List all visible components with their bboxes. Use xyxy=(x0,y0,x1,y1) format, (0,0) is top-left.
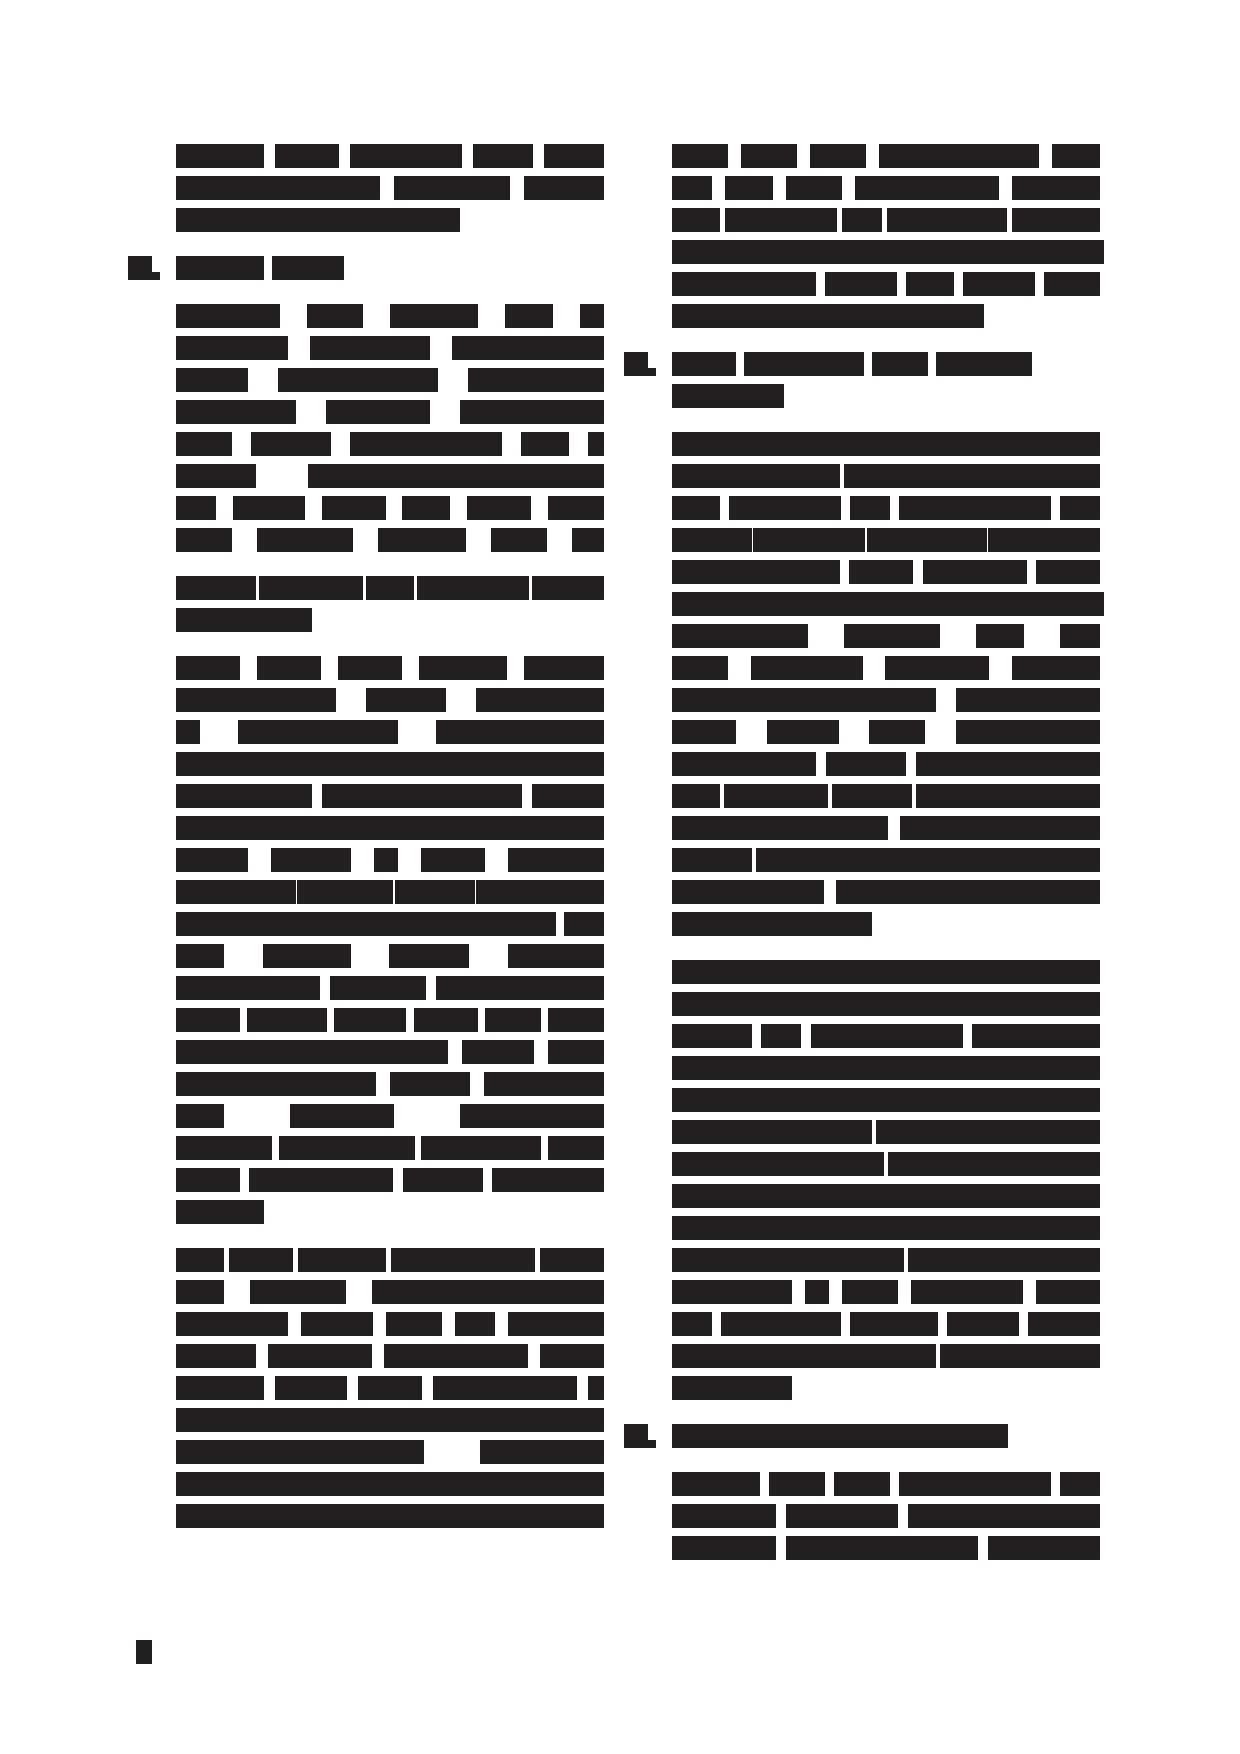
text-line xyxy=(672,784,1100,808)
redacted-word xyxy=(358,1376,422,1400)
text-line xyxy=(176,1440,604,1464)
redacted-word xyxy=(521,432,569,456)
text-line xyxy=(176,1008,604,1032)
redacted-word xyxy=(176,144,264,168)
text-line xyxy=(176,1072,604,1096)
redacted-word xyxy=(176,208,460,232)
redacted-word xyxy=(330,976,426,1000)
redacted-word xyxy=(672,1504,776,1528)
redacted-word xyxy=(916,752,1100,776)
redacted-word xyxy=(672,464,840,488)
redacted-word xyxy=(259,576,363,600)
redacted-word xyxy=(176,400,296,424)
text-line xyxy=(672,560,1100,584)
redacted-word xyxy=(249,1168,393,1192)
redacted-word xyxy=(176,880,296,904)
list-marker-a xyxy=(128,256,152,280)
section-heading xyxy=(672,352,1032,376)
redacted-word xyxy=(402,496,450,520)
redacted-word xyxy=(508,848,604,872)
redacted-word xyxy=(968,240,1104,264)
redacted-word xyxy=(414,1008,478,1032)
text-line xyxy=(176,976,604,1000)
redacted-word xyxy=(176,256,264,280)
redacted-word xyxy=(372,1280,604,1304)
text-line xyxy=(672,1184,1100,1208)
redacted-word xyxy=(257,528,353,552)
redacted-word xyxy=(480,1440,604,1464)
redacted-word xyxy=(672,1216,1100,1240)
redacted-word xyxy=(756,848,1100,872)
redacted-word xyxy=(872,352,928,376)
redacted-word xyxy=(378,528,466,552)
redacted-word xyxy=(850,1312,938,1336)
redacted-word xyxy=(672,624,808,648)
text-line xyxy=(672,992,1100,1016)
redacted-word xyxy=(672,720,736,744)
redacted-word xyxy=(395,880,475,904)
redacted-word xyxy=(176,1504,604,1528)
redacted-word xyxy=(753,528,865,552)
redacted-word xyxy=(297,880,393,904)
redacted-word xyxy=(786,1504,898,1528)
redacted-word xyxy=(176,976,320,1000)
redacted-word xyxy=(869,720,925,744)
redacted-word xyxy=(767,720,839,744)
redacted-word xyxy=(540,1344,604,1368)
text-line xyxy=(176,496,604,520)
redacted-word xyxy=(908,1504,1100,1528)
redacted-word xyxy=(920,592,1104,616)
text-line xyxy=(176,576,604,600)
redacted-word xyxy=(532,784,604,808)
redacted-word xyxy=(263,944,351,968)
redacted-word xyxy=(672,1120,872,1144)
redacted-word xyxy=(672,960,1100,984)
text-line xyxy=(176,304,604,328)
redacted-word xyxy=(403,1168,483,1192)
redacted-word xyxy=(899,1472,1051,1496)
redacted-word xyxy=(275,144,339,168)
text-line xyxy=(176,368,604,392)
redacted-word xyxy=(250,1280,346,1304)
redacted-word xyxy=(524,656,604,680)
text-line xyxy=(672,1120,1100,1144)
text-line xyxy=(176,1200,264,1224)
text-line xyxy=(672,528,1100,552)
text-line xyxy=(672,496,1100,520)
redacted-word xyxy=(725,208,837,232)
text-line xyxy=(176,208,460,232)
redacted-word xyxy=(672,560,840,584)
redacted-word xyxy=(825,272,897,296)
redacted-word xyxy=(672,992,1100,1016)
section-heading xyxy=(176,256,344,280)
text-line xyxy=(176,656,604,680)
text-line xyxy=(176,1376,604,1400)
redacted-word xyxy=(491,528,547,552)
redacted-word xyxy=(672,1472,760,1496)
redacted-word xyxy=(176,304,280,328)
redacted-word xyxy=(672,1088,1100,1112)
redacted-word xyxy=(492,1168,604,1192)
redacted-word xyxy=(436,976,604,1000)
redacted-word xyxy=(484,1072,604,1096)
text-line xyxy=(176,336,604,360)
redacted-word xyxy=(725,176,773,200)
redacted-word xyxy=(879,144,1039,168)
text-line xyxy=(672,1312,1100,1336)
redacted-word xyxy=(672,240,832,264)
redacted-word xyxy=(176,816,604,840)
redacted-word xyxy=(366,688,446,712)
text-line xyxy=(176,1408,604,1432)
redacted-word xyxy=(672,208,720,232)
text-line xyxy=(672,1472,1100,1496)
text-line xyxy=(176,816,604,840)
redacted-word xyxy=(176,944,224,968)
text-line xyxy=(672,688,1100,712)
redacted-word xyxy=(176,1440,424,1464)
redacted-word xyxy=(916,784,1100,808)
redacted-word xyxy=(176,848,248,872)
redacted-word xyxy=(885,656,989,680)
redacted-word xyxy=(176,1104,224,1128)
redacted-word xyxy=(485,1008,541,1032)
redacted-word xyxy=(229,1248,293,1272)
redacted-word xyxy=(301,1312,373,1336)
text-line xyxy=(176,880,604,904)
redacted-word xyxy=(672,1536,776,1560)
text-line xyxy=(672,1344,1100,1368)
text-line xyxy=(176,400,604,424)
redacted-word xyxy=(176,688,336,712)
redacted-word xyxy=(176,656,240,680)
text-line xyxy=(672,304,984,328)
redacted-word xyxy=(460,400,604,424)
redacted-word xyxy=(923,560,1027,584)
text-line xyxy=(176,688,604,712)
text-line xyxy=(176,912,604,936)
redacted-word xyxy=(338,656,402,680)
redacted-word xyxy=(672,1344,936,1368)
text-line xyxy=(672,384,784,408)
redacted-word xyxy=(176,432,232,456)
redacted-word xyxy=(384,1344,528,1368)
redacted-word xyxy=(394,176,510,200)
redacted-word xyxy=(176,496,216,520)
text-line xyxy=(672,848,1100,872)
redacted-word xyxy=(436,720,604,744)
redacted-word xyxy=(672,784,720,808)
redacted-word xyxy=(417,576,529,600)
text-line xyxy=(176,720,604,744)
redacted-word xyxy=(729,496,841,520)
redacted-word xyxy=(721,1312,841,1336)
redacted-word xyxy=(278,368,438,392)
redacted-word xyxy=(786,176,842,200)
redacted-word xyxy=(1012,176,1100,200)
redacted-word xyxy=(849,560,913,584)
redacted-word xyxy=(290,1104,394,1128)
text-line xyxy=(672,624,1100,648)
redacted-word xyxy=(366,576,414,600)
redacted-word xyxy=(1060,496,1100,520)
redacted-word xyxy=(1044,272,1100,296)
redacted-word xyxy=(911,1280,1023,1304)
redacted-word xyxy=(761,1024,801,1048)
redacted-word xyxy=(564,912,604,936)
text-line xyxy=(672,816,1100,840)
redacted-word xyxy=(176,720,200,744)
redacted-word xyxy=(988,1536,1100,1560)
text-line xyxy=(672,1216,1100,1240)
redacted-word xyxy=(476,688,604,712)
redacted-word xyxy=(308,464,604,488)
redacted-word xyxy=(505,304,553,328)
redacted-word xyxy=(350,144,462,168)
redacted-word xyxy=(580,304,604,328)
section-heading xyxy=(672,1424,1008,1448)
text-line xyxy=(176,1504,604,1528)
text-line xyxy=(176,784,604,808)
redacted-word xyxy=(350,432,502,456)
redacted-word xyxy=(176,1408,604,1432)
text-line xyxy=(176,1168,604,1192)
redacted-word xyxy=(176,1344,256,1368)
redacted-word xyxy=(672,304,984,328)
redacted-word xyxy=(544,144,604,168)
redacted-word xyxy=(900,816,1100,840)
redacted-word xyxy=(887,208,1007,232)
text-line xyxy=(672,1280,1100,1304)
text-line xyxy=(176,464,604,488)
page-number: ■ xyxy=(136,1640,152,1664)
redacted-word xyxy=(476,880,604,904)
redacted-word xyxy=(844,624,940,648)
text-line xyxy=(672,1024,1100,1048)
redacted-word xyxy=(460,1104,604,1128)
text-line xyxy=(176,1104,604,1128)
redacted-word xyxy=(672,384,784,408)
redacted-word xyxy=(176,1248,224,1272)
text-line xyxy=(176,432,604,456)
redacted-word xyxy=(940,1344,1100,1368)
redacted-word xyxy=(176,176,380,200)
text-line xyxy=(176,176,604,200)
redacted-word xyxy=(672,1024,752,1048)
redacted-word xyxy=(508,944,604,968)
redacted-word xyxy=(419,656,507,680)
redacted-word xyxy=(271,848,351,872)
redacted-word xyxy=(769,1472,825,1496)
redacted-word xyxy=(275,1376,347,1400)
redacted-word xyxy=(251,432,331,456)
text-line xyxy=(176,1040,604,1064)
text-line xyxy=(672,272,1100,296)
text-line xyxy=(672,960,1100,984)
text-line xyxy=(672,1248,1100,1272)
redacted-word xyxy=(272,256,344,280)
redacted-word xyxy=(1012,656,1100,680)
text-line xyxy=(176,848,604,872)
text-line xyxy=(672,240,1100,264)
redacted-word xyxy=(390,304,478,328)
redacted-word xyxy=(176,608,312,632)
redacted-word xyxy=(307,304,363,328)
redacted-word xyxy=(672,752,816,776)
text-line xyxy=(672,720,1100,744)
redacted-word xyxy=(176,336,288,360)
list-marker-c xyxy=(624,1424,648,1448)
redacted-word xyxy=(1028,1312,1100,1336)
redacted-word xyxy=(936,352,1032,376)
text-line xyxy=(672,464,1100,488)
redacted-word xyxy=(842,1280,898,1304)
text-line xyxy=(176,1312,604,1336)
redacted-word xyxy=(842,208,882,232)
redacted-word xyxy=(672,656,728,680)
redacted-word xyxy=(850,496,890,520)
redacted-word xyxy=(805,1280,829,1304)
redacted-word xyxy=(374,848,398,872)
redacted-word xyxy=(672,880,824,904)
redacted-word xyxy=(834,1472,890,1496)
redacted-word xyxy=(672,1248,904,1272)
redacted-word xyxy=(741,144,797,168)
redacted-word xyxy=(672,528,752,552)
redacted-word xyxy=(988,528,1100,552)
redacted-word xyxy=(390,1072,470,1096)
redacted-word xyxy=(672,1376,792,1400)
redacted-word xyxy=(238,720,398,744)
redacted-word xyxy=(572,528,604,552)
redacted-word xyxy=(811,1024,963,1048)
redacted-word xyxy=(468,368,604,392)
redacted-word xyxy=(176,784,312,808)
redacted-word xyxy=(548,1136,604,1160)
redacted-word xyxy=(906,272,954,296)
redacted-word xyxy=(826,752,906,776)
redacted-word xyxy=(508,1312,604,1336)
text-line xyxy=(672,1376,792,1400)
redacted-word xyxy=(473,144,533,168)
redacted-word xyxy=(899,496,1051,520)
redacted-word xyxy=(855,176,999,200)
redacted-word xyxy=(386,1312,442,1336)
redacted-word xyxy=(810,144,866,168)
text-line xyxy=(672,1088,1100,1112)
redacted-word xyxy=(176,1072,376,1096)
redacted-word xyxy=(1052,144,1100,168)
redacted-word xyxy=(956,720,1100,744)
redacted-word xyxy=(672,352,736,376)
redacted-word xyxy=(672,592,920,616)
redacted-word xyxy=(1060,624,1100,648)
redacted-word xyxy=(672,816,888,840)
redacted-word xyxy=(1060,1472,1100,1496)
redacted-word xyxy=(672,1424,1008,1448)
redacted-word xyxy=(672,176,712,200)
redacted-word xyxy=(540,1248,604,1272)
redacted-word xyxy=(532,576,604,600)
redacted-word xyxy=(1036,560,1100,584)
text-line xyxy=(672,752,1100,776)
redacted-word xyxy=(452,336,604,360)
redacted-word xyxy=(672,1152,884,1176)
redacted-word xyxy=(176,1008,240,1032)
text-line xyxy=(672,1504,1100,1528)
redacted-word xyxy=(956,688,1100,712)
text-line xyxy=(672,1152,1100,1176)
redacted-word xyxy=(176,1280,224,1304)
text-line xyxy=(672,176,1100,200)
redacted-word xyxy=(176,752,604,776)
redacted-word xyxy=(672,496,720,520)
redacted-word xyxy=(257,656,321,680)
redacted-word xyxy=(421,1136,541,1160)
redacted-word xyxy=(176,576,256,600)
redacted-word xyxy=(672,1184,1100,1208)
text-line xyxy=(672,656,1100,680)
redacted-word xyxy=(467,496,531,520)
text-line xyxy=(176,1344,604,1368)
redacted-word xyxy=(421,848,485,872)
redacted-word xyxy=(334,1008,406,1032)
redacted-word xyxy=(326,400,430,424)
redacted-word xyxy=(548,1040,604,1064)
redacted-word xyxy=(176,1136,272,1160)
redacted-word xyxy=(279,1136,415,1160)
redacted-word xyxy=(247,1008,327,1032)
text-line xyxy=(672,592,1100,616)
redacted-word xyxy=(176,528,232,552)
redacted-word xyxy=(176,1200,264,1224)
redacted-word xyxy=(588,1376,604,1400)
redacted-word xyxy=(844,464,1100,488)
redacted-word xyxy=(672,848,752,872)
redacted-word xyxy=(1036,1280,1100,1304)
text-line xyxy=(672,144,1100,168)
redacted-word xyxy=(672,688,936,712)
redacted-word xyxy=(176,1168,240,1192)
text-line xyxy=(176,1248,604,1272)
redacted-word xyxy=(548,496,604,520)
redacted-word xyxy=(176,464,256,488)
text-line xyxy=(176,752,604,776)
redacted-word xyxy=(176,1040,448,1064)
redacted-word xyxy=(176,368,248,392)
redacted-word xyxy=(176,1376,264,1400)
redacted-word xyxy=(867,528,987,552)
redacted-word xyxy=(524,176,604,200)
redacted-word xyxy=(433,1376,577,1400)
redacted-word xyxy=(322,784,522,808)
redacted-word xyxy=(724,784,828,808)
redacted-word xyxy=(672,1312,712,1336)
redacted-word xyxy=(455,1312,495,1336)
redacted-word xyxy=(389,944,469,968)
text-line xyxy=(672,432,1100,456)
text-line xyxy=(672,880,1100,904)
text-line xyxy=(672,1536,1100,1560)
redacted-word xyxy=(908,1248,1100,1272)
text-line xyxy=(672,912,872,936)
redacted-word xyxy=(176,1472,604,1496)
text-line xyxy=(176,528,604,552)
redacted-word xyxy=(976,624,1024,648)
redacted-word xyxy=(876,1120,1100,1144)
